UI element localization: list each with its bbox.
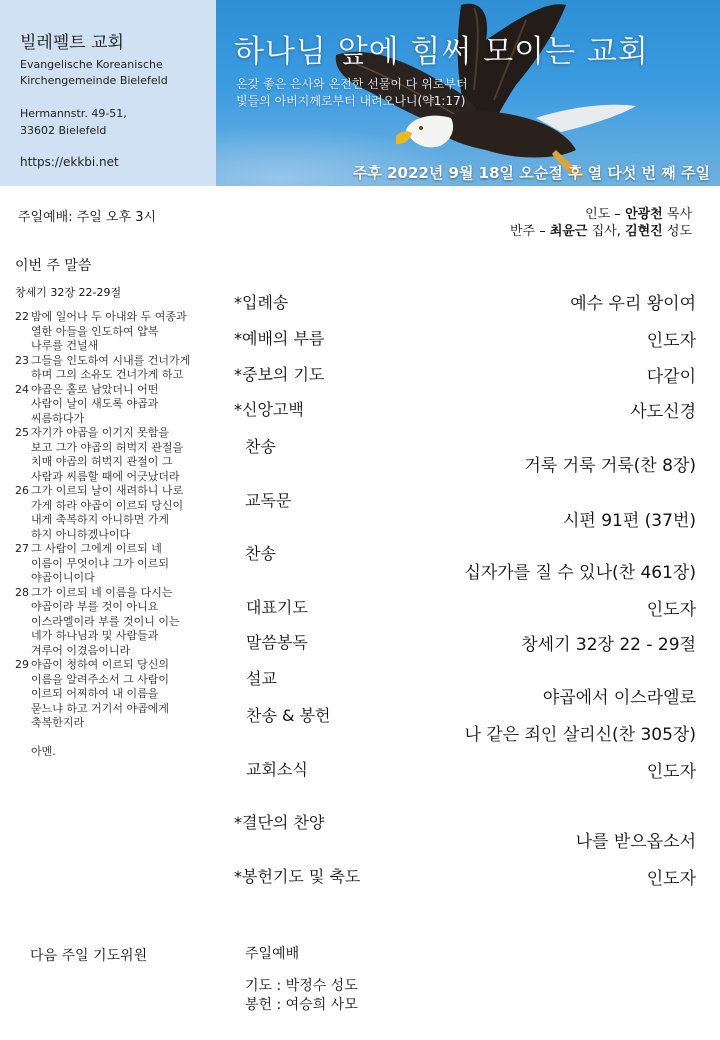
order-item-label: 교독문 bbox=[245, 488, 291, 511]
verse-line: 야곱이 청하여 이르되 당신의 bbox=[31, 658, 225, 673]
address-city: 33602 Bielefeld bbox=[20, 122, 216, 139]
verse-line: 야곱이니이다 bbox=[31, 571, 225, 586]
verse-line: 열한 아들을 인도하여 얍복 bbox=[31, 325, 225, 340]
order-item-label: 찬송 bbox=[245, 541, 276, 564]
verse-line: 이르되 어찌하여 내 이름을 bbox=[31, 687, 225, 702]
prayer-assignments: 기도 : 박정수 성도 봉헌 : 여승희 사모 bbox=[245, 977, 358, 1015]
church-name-german: Evangelische Koreanische Kirchengemeinde… bbox=[20, 57, 216, 89]
address-street: Hermannstr. 49-51, bbox=[20, 105, 216, 122]
verse-item: 26그가 이르되 날이 새려하니 나로가게 하라 야곱이 이르되 당신이내게 축… bbox=[15, 484, 225, 542]
word-reference: 창세기 32장 22-29절 bbox=[15, 284, 121, 300]
order-item-label: 대표기도 bbox=[246, 595, 308, 618]
verse-item: 22밤에 일어나 두 아내와 두 여종과열한 아들을 인도하여 얍복나루를 건널… bbox=[15, 310, 225, 354]
order-item-value: 예수 우리 왕이여 bbox=[570, 289, 696, 314]
verse-line: 밤에 일어나 두 아내와 두 여종과 bbox=[31, 310, 225, 325]
order-item-value: 거룩 거룩 거룩(찬 8장) bbox=[524, 451, 696, 476]
order-item-value: 시편 91편 (37번) bbox=[563, 506, 696, 531]
accompanist2-name: 김현진 bbox=[625, 224, 663, 239]
offering-assignment: 봉헌 : 여승희 사모 bbox=[245, 996, 358, 1015]
verse-text: 그가 이르되 날이 새려하니 나로가게 하라 야곱이 이르되 당신이내게 축복하… bbox=[31, 484, 225, 542]
verse-text: 야곱이 청하여 이르되 당신의이름을 알려주소서 그 사람이이르되 어찌하여 내… bbox=[31, 658, 225, 731]
order-item-value: 인도자 bbox=[647, 864, 696, 889]
verse-line: 겨루어 이겼음이니라 bbox=[31, 644, 225, 659]
banner-title: 하나님 앞에 힘써 모이는 교회 bbox=[234, 26, 649, 71]
amen: 아멘. bbox=[31, 745, 225, 760]
church-name-german-line1: Evangelische Koreanische bbox=[20, 57, 216, 73]
verse-line: 그 사람이 그에게 이르되 네 bbox=[31, 542, 225, 557]
accompanist2-title: 성도 bbox=[663, 224, 692, 239]
church-name-german-line2: Kirchengemeinde Bielefeld bbox=[20, 73, 216, 89]
verse-item: 24야곱은 홀로 남았더니 어떤사람이 날이 새도록 야곱과씨름하다가 bbox=[15, 383, 225, 427]
accompanist1-name: 최윤근 bbox=[550, 224, 588, 239]
order-item-value: 나 같은 죄인 살리신(찬 305장) bbox=[464, 720, 696, 745]
verse-line: 자기가 야곱을 이기지 못함을 bbox=[31, 426, 225, 441]
service-leaders: 인도 – 안광천 목사 반주 – 최윤근 집사, 김현진 성도 bbox=[510, 206, 692, 240]
verse-number: 29 bbox=[15, 658, 31, 731]
verse-item: 29야곱이 청하여 이르되 당신의이름을 알려주소서 그 사람이이르되 어찌하여… bbox=[15, 658, 225, 731]
verse-line: 이스라엘이라 부를 것이니 이는 bbox=[31, 615, 225, 630]
order-item-label: 설교 bbox=[246, 666, 277, 689]
leader-label: 인도 – bbox=[585, 207, 625, 222]
order-item-label: *결단의 찬양 bbox=[234, 810, 324, 833]
verse-item: 28그가 이르되 네 이름을 다시는야곱이라 부를 것이 아니요이스라엘이라 부… bbox=[15, 586, 225, 659]
verse-text: 밤에 일어나 두 아내와 두 여종과열한 아들을 인도하여 얍복나루를 건널새 bbox=[31, 310, 225, 354]
verse-line: 이름을 알려주소서 그 사람이 bbox=[31, 673, 225, 688]
verse-line: 이름이 무엇이냐 그가 이르되 bbox=[31, 557, 225, 572]
leader-title: 목사 bbox=[663, 207, 692, 222]
verse-item: 25자기가 야곱을 이기지 못함을보고 그가 야곱의 허벅지 관절을치매 야곱의… bbox=[15, 426, 225, 484]
leader-line: 인도 – 안광천 목사 bbox=[510, 206, 692, 223]
header-banner: 하나님 앞에 힘써 모이는 교회 온갖 좋은 은사와 온전한 선물이 다 위로부… bbox=[216, 0, 720, 186]
order-item-label: *입례송 bbox=[234, 290, 288, 313]
verse-text: 그 사람이 그에게 이르되 네이름이 무엇이냐 그가 이르되야곱이니이다 bbox=[31, 542, 225, 586]
verse-number: 27 bbox=[15, 542, 31, 586]
order-item-value: 인도자 bbox=[647, 595, 696, 620]
verse-text: 야곱은 홀로 남았더니 어떤사람이 날이 새도록 야곱과씨름하다가 bbox=[31, 383, 225, 427]
verse-line: 하며 그의 소유도 건너가게 하고 bbox=[31, 368, 225, 383]
church-info-panel: 빌레펠트 교회 Evangelische Koreanische Kirchen… bbox=[0, 0, 216, 186]
order-item-value: 인도자 bbox=[647, 326, 696, 351]
order-item-label: 찬송 bbox=[245, 434, 276, 457]
order-item-value: 나를 받으옵소서 bbox=[576, 827, 696, 852]
service-time: 주일예배: 주일 오후 3시 bbox=[18, 206, 156, 225]
church-name: 빌레펠트 교회 bbox=[20, 28, 216, 53]
prayer-service-name: 주일예배 bbox=[245, 943, 299, 963]
verse-number: 28 bbox=[15, 586, 31, 659]
verse-line: 보고 그가 야곱의 허벅지 관절을 bbox=[31, 441, 225, 456]
leader-name: 안광천 bbox=[625, 207, 663, 222]
banner-date: 주후 2022년 9월 18일 오순절 후 열 다섯 번 째 주일 bbox=[353, 162, 710, 183]
verse-line: 치매 야곱의 허벅지 관절이 그 bbox=[31, 455, 225, 470]
order-item-label: *봉헌기도 및 축도 bbox=[234, 864, 360, 887]
church-address: Hermannstr. 49-51, 33602 Bielefeld bbox=[20, 105, 216, 139]
order-item-label: 찬송 & 봉헌 bbox=[246, 703, 330, 726]
verse-item: 23그들을 인도하여 시내를 건너가게하며 그의 소유도 건너가게 하고 bbox=[15, 354, 225, 383]
verse-number: 25 bbox=[15, 426, 31, 484]
accompanist-line: 반주 – 최윤근 집사, 김현진 성도 bbox=[510, 223, 692, 240]
verse-line: 사람과 씨름할 때에 어긋났더라 bbox=[31, 470, 225, 485]
verse-number: 22 bbox=[15, 310, 31, 354]
verse-text: 그들을 인도하여 시내를 건너가게하며 그의 소유도 건너가게 하고 bbox=[31, 354, 225, 383]
verse-line: 그가 이르되 날이 새려하니 나로 bbox=[31, 484, 225, 499]
banner-verse-line2: 빛들의 아버지께로부터 내려오나니(약1:17) bbox=[236, 93, 468, 110]
accompanist-label: 반주 – bbox=[510, 224, 550, 239]
order-item-value: 십자가를 질 수 있나(찬 461장) bbox=[464, 558, 696, 583]
prayer-committee-title: 다음 주일 기도위원 bbox=[30, 945, 147, 965]
order-item-label: *중보의 기도 bbox=[234, 362, 324, 385]
order-item-value: 야곱에서 이스라엘로 bbox=[543, 683, 696, 708]
order-item-value: 인도자 bbox=[647, 757, 696, 782]
verse-text: 자기가 야곱을 이기지 못함을보고 그가 야곱의 허벅지 관절을치매 야곱의 허… bbox=[31, 426, 225, 484]
order-item-label: *신앙고백 bbox=[234, 397, 304, 420]
order-item-label: 교회소식 bbox=[246, 757, 308, 780]
order-item-value: 창세기 32장 22 - 29절 bbox=[521, 630, 696, 655]
verse-line: 가게 하라 야곱이 이르되 당신이 bbox=[31, 499, 225, 514]
verse-line: 야곱은 홀로 남았더니 어떤 bbox=[31, 383, 225, 398]
scripture-verses: 22밤에 일어나 두 아내와 두 여종과열한 아들을 인도하여 얍복나루를 건널… bbox=[15, 310, 225, 759]
church-website-link[interactable]: https://ekkbi.net bbox=[20, 155, 216, 169]
verse-line: 그들을 인도하여 시내를 건너가게 bbox=[31, 354, 225, 369]
banner-verse-line1: 온갖 좋은 은사와 온전한 선물이 다 위로부터 bbox=[236, 76, 468, 93]
verse-line: 씨름하다가 bbox=[31, 412, 225, 427]
verse-line: 그가 이르되 네 이름을 다시는 bbox=[31, 586, 225, 601]
verse-line: 묻느냐 하고 거기서 야곱에게 bbox=[31, 702, 225, 717]
verse-line: 하지 아니하겠나이다 bbox=[31, 528, 225, 543]
verse-number: 26 bbox=[15, 484, 31, 542]
banner-verse: 온갖 좋은 은사와 온전한 선물이 다 위로부터 빛들의 아버지께로부터 내려오… bbox=[236, 76, 468, 110]
verse-text: 그가 이르되 네 이름을 다시는야곱이라 부를 것이 아니요이스라엘이라 부를 … bbox=[31, 586, 225, 659]
verse-number: 24 bbox=[15, 383, 31, 427]
verse-line: 내게 축복하지 아니하면 가게 bbox=[31, 513, 225, 528]
order-item-value: 다같이 bbox=[647, 362, 696, 387]
verse-line: 축복한지라 bbox=[31, 716, 225, 731]
verse-line: 나루를 건널새 bbox=[31, 339, 225, 354]
verse-number: 23 bbox=[15, 354, 31, 383]
verse-line: 네가 하나님과 및 사람들과 bbox=[31, 629, 225, 644]
verse-item: 27그 사람이 그에게 이르되 네이름이 무엇이냐 그가 이르되야곱이니이다 bbox=[15, 542, 225, 586]
verse-line: 사람이 날이 새도록 야곱과 bbox=[31, 397, 225, 412]
verse-line: 야곱이라 부를 것이 아니요 bbox=[31, 600, 225, 615]
order-item-label: *예배의 부름 bbox=[234, 326, 324, 349]
word-title: 이번 주 말씀 bbox=[15, 255, 92, 275]
accompanist1-title: 집사, bbox=[588, 224, 626, 239]
order-item-label: 말씀봉독 bbox=[246, 630, 308, 653]
order-item-value: 사도신경 bbox=[630, 397, 696, 422]
prayer-assignment: 기도 : 박정수 성도 bbox=[245, 977, 358, 996]
